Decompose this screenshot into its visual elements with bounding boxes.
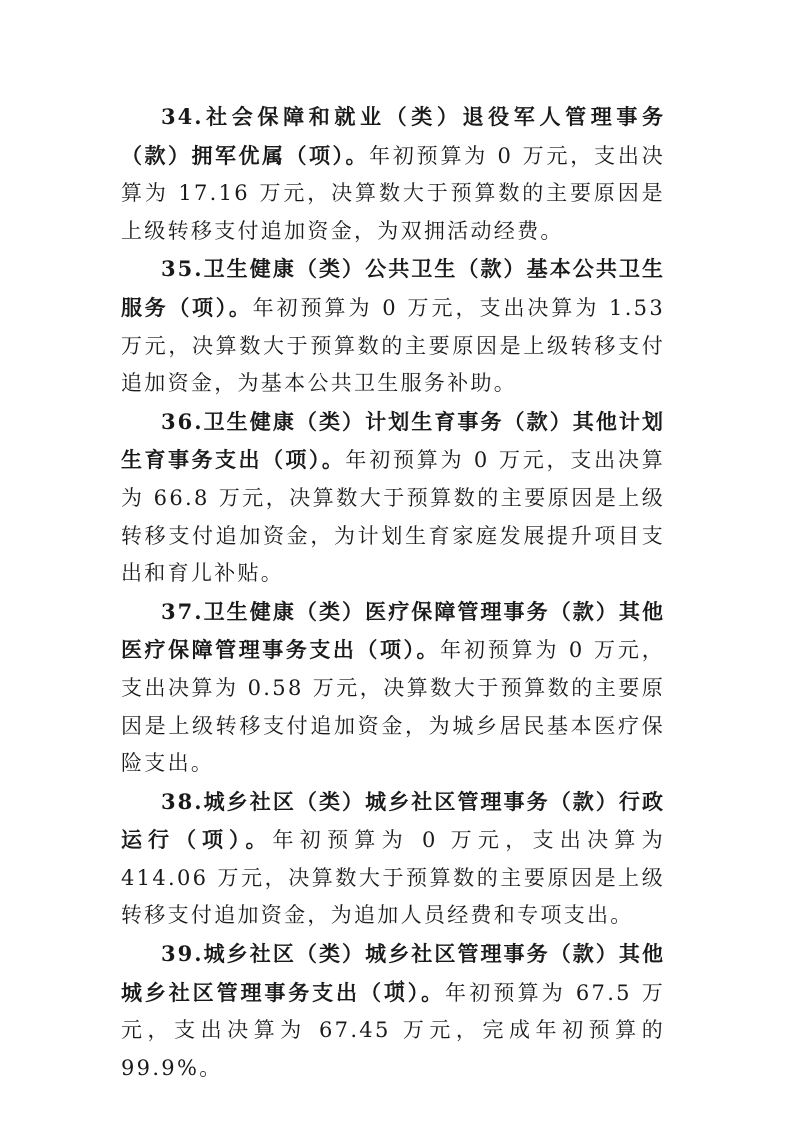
paragraph-35: 35.卫生健康（类）公共卫生（款）基本公共卫生服务（项）。年初预算为 0 万元，… [121, 250, 665, 402]
page-number: 14 [0, 978, 793, 994]
paragraph-34: 34.社会保障和就业（类）退役军人管理事务（款）拥军优属（项）。年初预算为 0 … [121, 98, 665, 250]
document-page: 34.社会保障和就业（类）退役军人管理事务（款）拥军优属（项）。年初预算为 0 … [121, 98, 665, 1087]
paragraph-37: 37.卫生健康（类）医疗保障管理事务（款）其他医疗保障管理事务支出（项）。年初预… [121, 593, 665, 783]
paragraph-36: 36.卫生健康（类）计划生育事务（款）其他计划生育事务支出（项）。年初预算为 0… [121, 403, 665, 593]
paragraph-39: 39.城乡社区（类）城乡社区管理事务（款）其他城乡社区管理事务支出（项）。年初预… [121, 935, 665, 1087]
paragraph-38: 38.城乡社区（类）城乡社区管理事务（款）行政运行（项）。年初预算为 0 万元，… [121, 783, 665, 935]
